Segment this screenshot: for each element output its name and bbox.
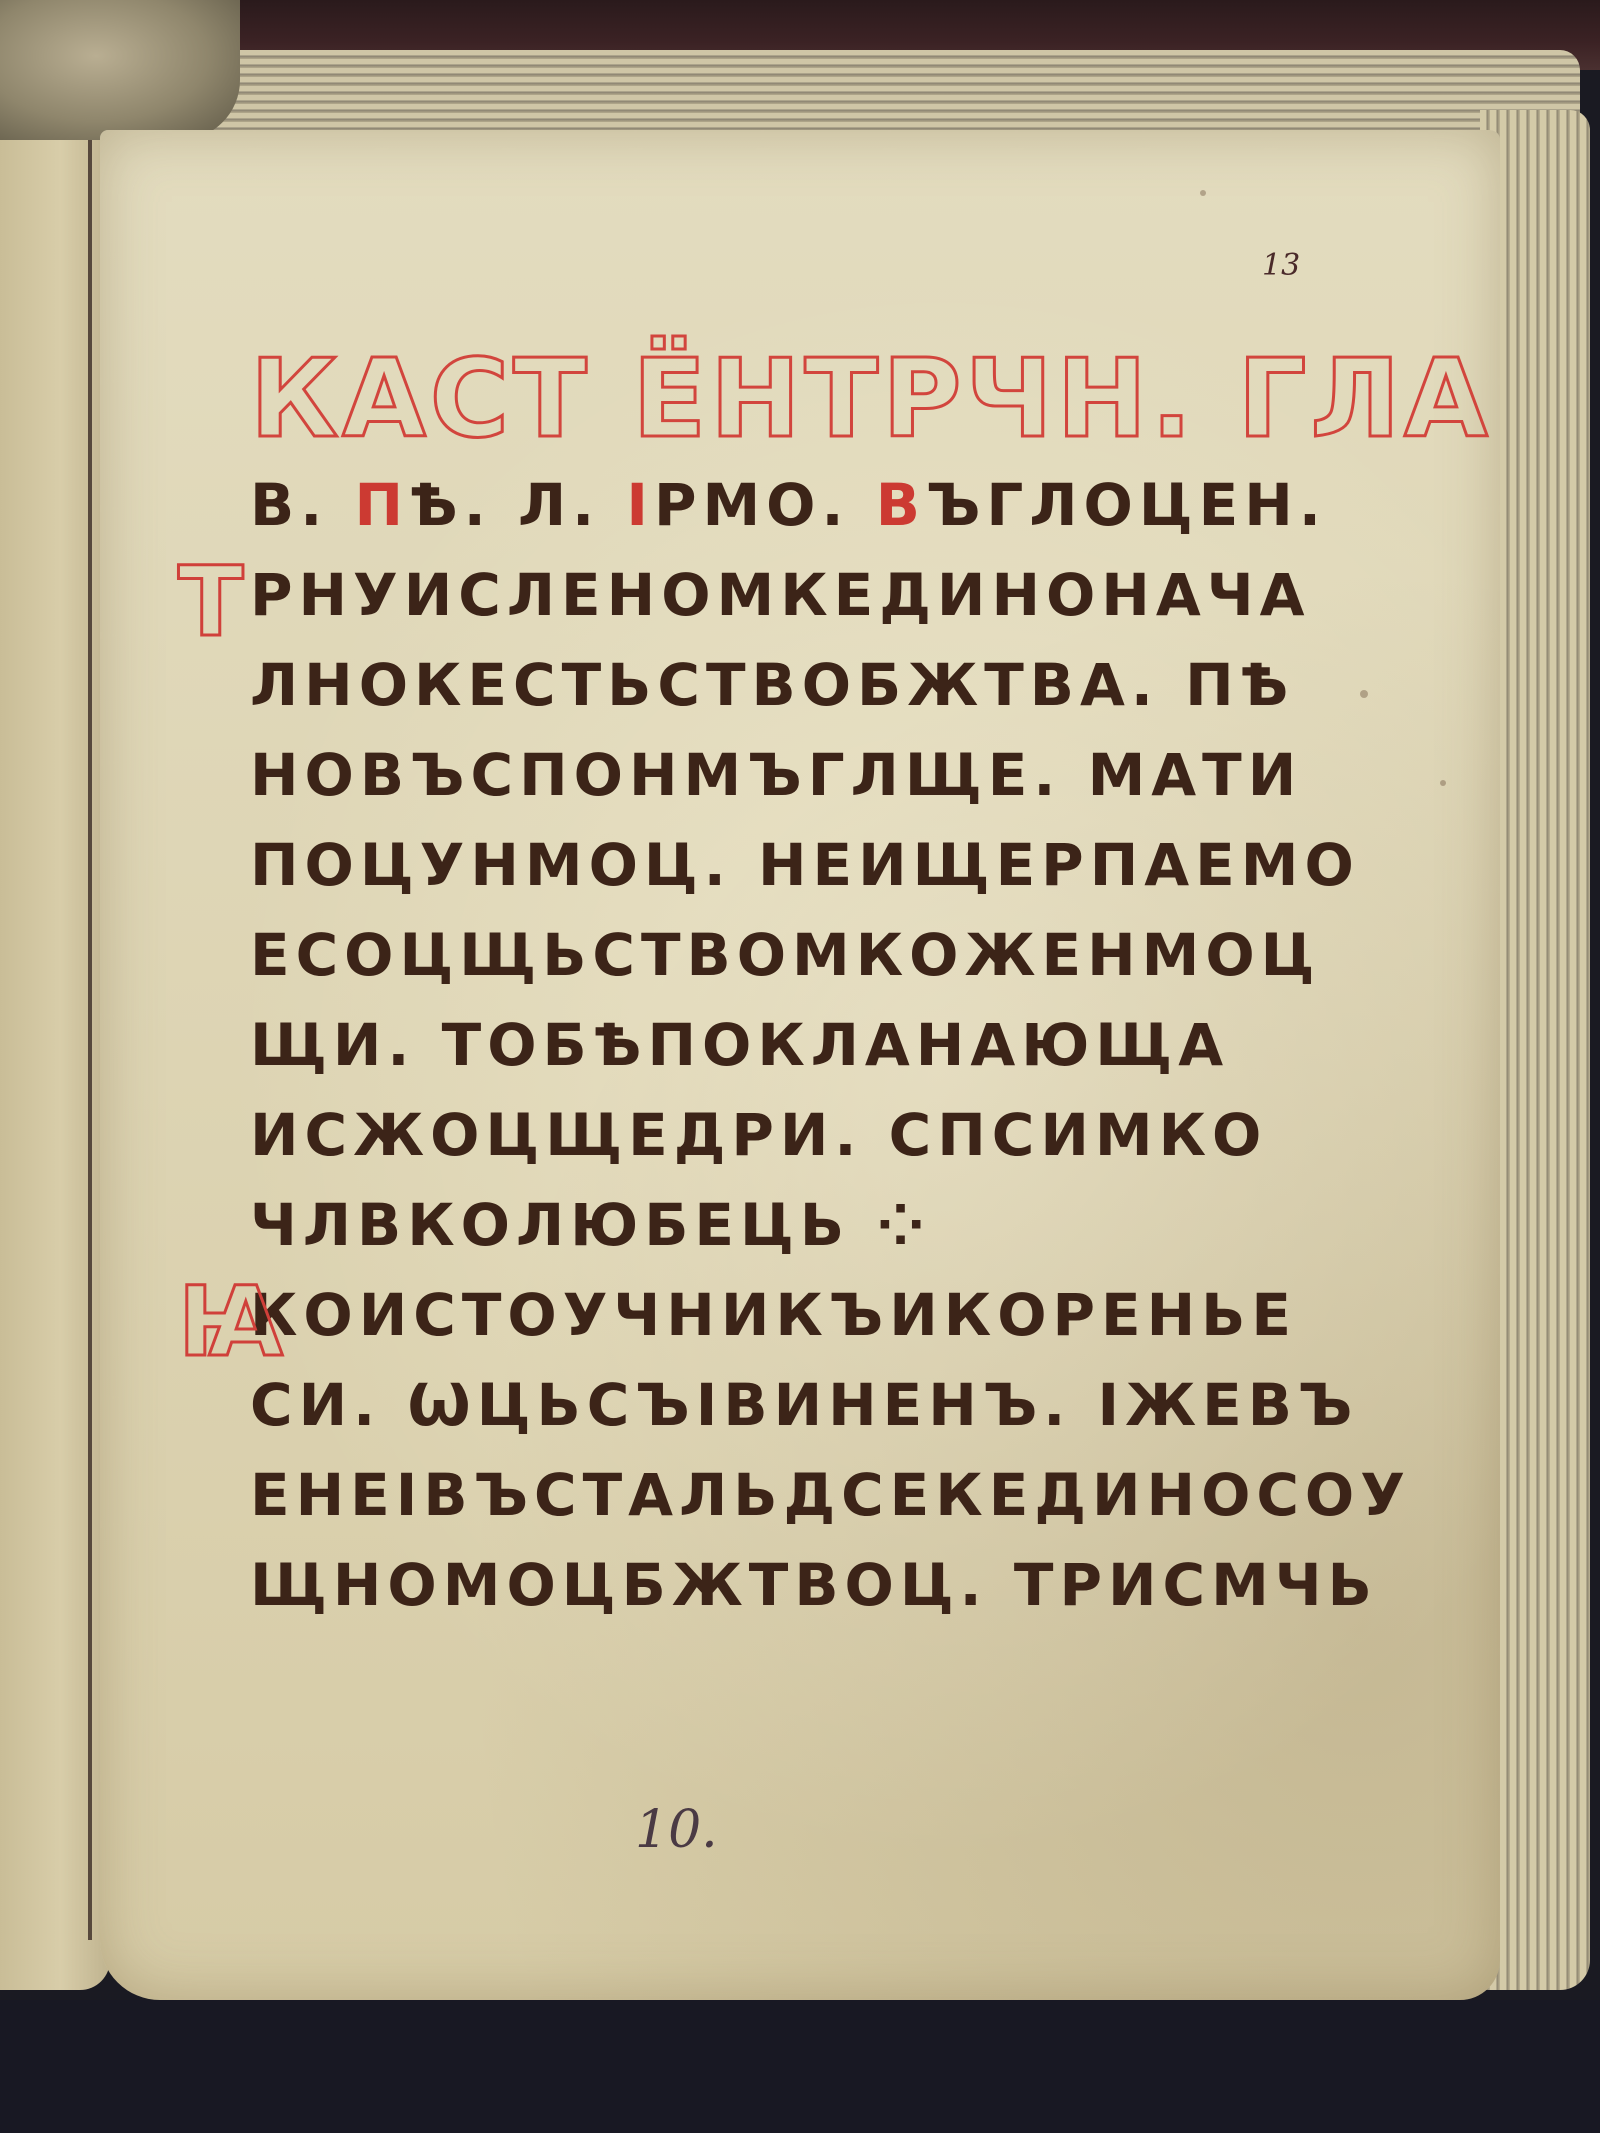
line-text: ЩИ. ТОБѢПОКЛАНАЮЩА — [250, 1011, 1229, 1079]
red-initial: Ꙗ — [178, 1274, 289, 1370]
text-segment: В. — [250, 471, 354, 539]
line-text: НОВЪСПОНМЪГЛЩЕ. МАТИ — [250, 741, 1302, 809]
line-text: КОИСТОУЧНИКЪИКОРЕНЬЕ — [250, 1281, 1297, 1349]
text-line-9: ЧЛВКОЛЮБЕЦЬ ⁘ — [250, 1180, 1260, 1270]
line-text: ЧЛВКОЛЮБЕЦЬ ⁘ — [250, 1191, 931, 1259]
text-line-12: ЕНЕІВЪСТАЛЬДСЕКЕДИНОСОУ — [250, 1450, 1260, 1540]
manuscript-photo: 13 КАСТ ЁНТРЧН. ГЛА В. ПѢ. Л. ІРМО. ВЪГЛ… — [0, 0, 1600, 2133]
line-text: ЕСОЦЩЬСТВОМКОЖЕНМОЦ — [250, 921, 1320, 989]
text-line-6: ЕСОЦЩЬСТВОМКОЖЕНМОЦ — [250, 910, 1260, 1000]
line-text: ЩНОМОЦБЖТВОЦ. ТРИСМЧЬ — [250, 1551, 1378, 1619]
text-line-11: СИ. ѠЦЬСЪІВИНЕНЪ. ІЖЕВЪ — [250, 1360, 1260, 1450]
dark-background — [0, 2000, 1600, 2133]
text-segment: ЪГЛОЦЕН. — [926, 471, 1327, 539]
ink-spot — [1200, 190, 1206, 196]
text-line-2: Т РНУИСЛЕНОМКЕДИНОНАЧА — [250, 550, 1260, 640]
rubric-letter: П — [354, 471, 409, 539]
text-line-5: ПОЦУНМОЦ. НЕИЩЕРПАЕМО — [250, 820, 1260, 910]
text-line-1: В. ПѢ. Л. ІРМО. ВЪГЛОЦЕН. — [250, 460, 1260, 550]
text-block: КАСТ ЁНТРЧН. ГЛА В. ПѢ. Л. ІРМО. ВЪГЛОЦЕ… — [250, 340, 1260, 1630]
page-number: 10. — [635, 1800, 718, 1860]
line-text: ПОЦУНМОЦ. НЕИЩЕРПАЕМО — [250, 831, 1360, 899]
gutter-crease — [88, 140, 92, 1940]
title-rubric: КАСТ ЁНТРЧН. ГЛА — [250, 340, 1260, 460]
line-text: СИ. ѠЦЬСЪІВИНЕНЪ. ІЖЕВЪ — [250, 1371, 1358, 1439]
line-text: ЕНЕІВЪСТАЛЬДСЕКЕДИНОСОУ — [250, 1461, 1411, 1529]
line-text: ЛНОКЕСТЬСТВОБЖТВА. ПѢ — [250, 651, 1294, 719]
red-initial: Т — [178, 554, 249, 650]
rubric-letter: В — [876, 471, 926, 539]
text-segment: Ѣ. Л. — [409, 471, 626, 539]
text-line-13: ЩНОМОЦБЖТВОЦ. ТРИСМЧЬ — [250, 1540, 1260, 1630]
line-text: ИСЖОЦЩЕДРИ. СПСИМКО — [250, 1101, 1267, 1169]
text-line-10: Ꙗ КОИСТОУЧНИКЪИКОРЕНЬЕ — [250, 1270, 1260, 1360]
text-line-7: ЩИ. ТОБѢПОКЛАНАЮЩА — [250, 1000, 1260, 1090]
line-text: РНУИСЛЕНОМКЕДИНОНАЧА — [250, 561, 1311, 629]
text-line-3: ЛНОКЕСТЬСТВОБЖТВА. ПѢ — [250, 640, 1260, 730]
text-line-8: ИСЖОЦЩЕДРИ. СПСИМКО — [250, 1090, 1260, 1180]
ink-spot — [1440, 780, 1446, 786]
folio-mark: 13 — [1262, 248, 1300, 283]
ink-spot — [1360, 690, 1368, 698]
facing-page-edge — [0, 110, 110, 1990]
text-line-4: НОВЪСПОНМЪГЛЩЕ. МАТИ — [250, 730, 1260, 820]
headband — [0, 0, 240, 140]
text-segment: РМО. — [654, 471, 876, 539]
rubric-letter: І — [626, 471, 654, 539]
